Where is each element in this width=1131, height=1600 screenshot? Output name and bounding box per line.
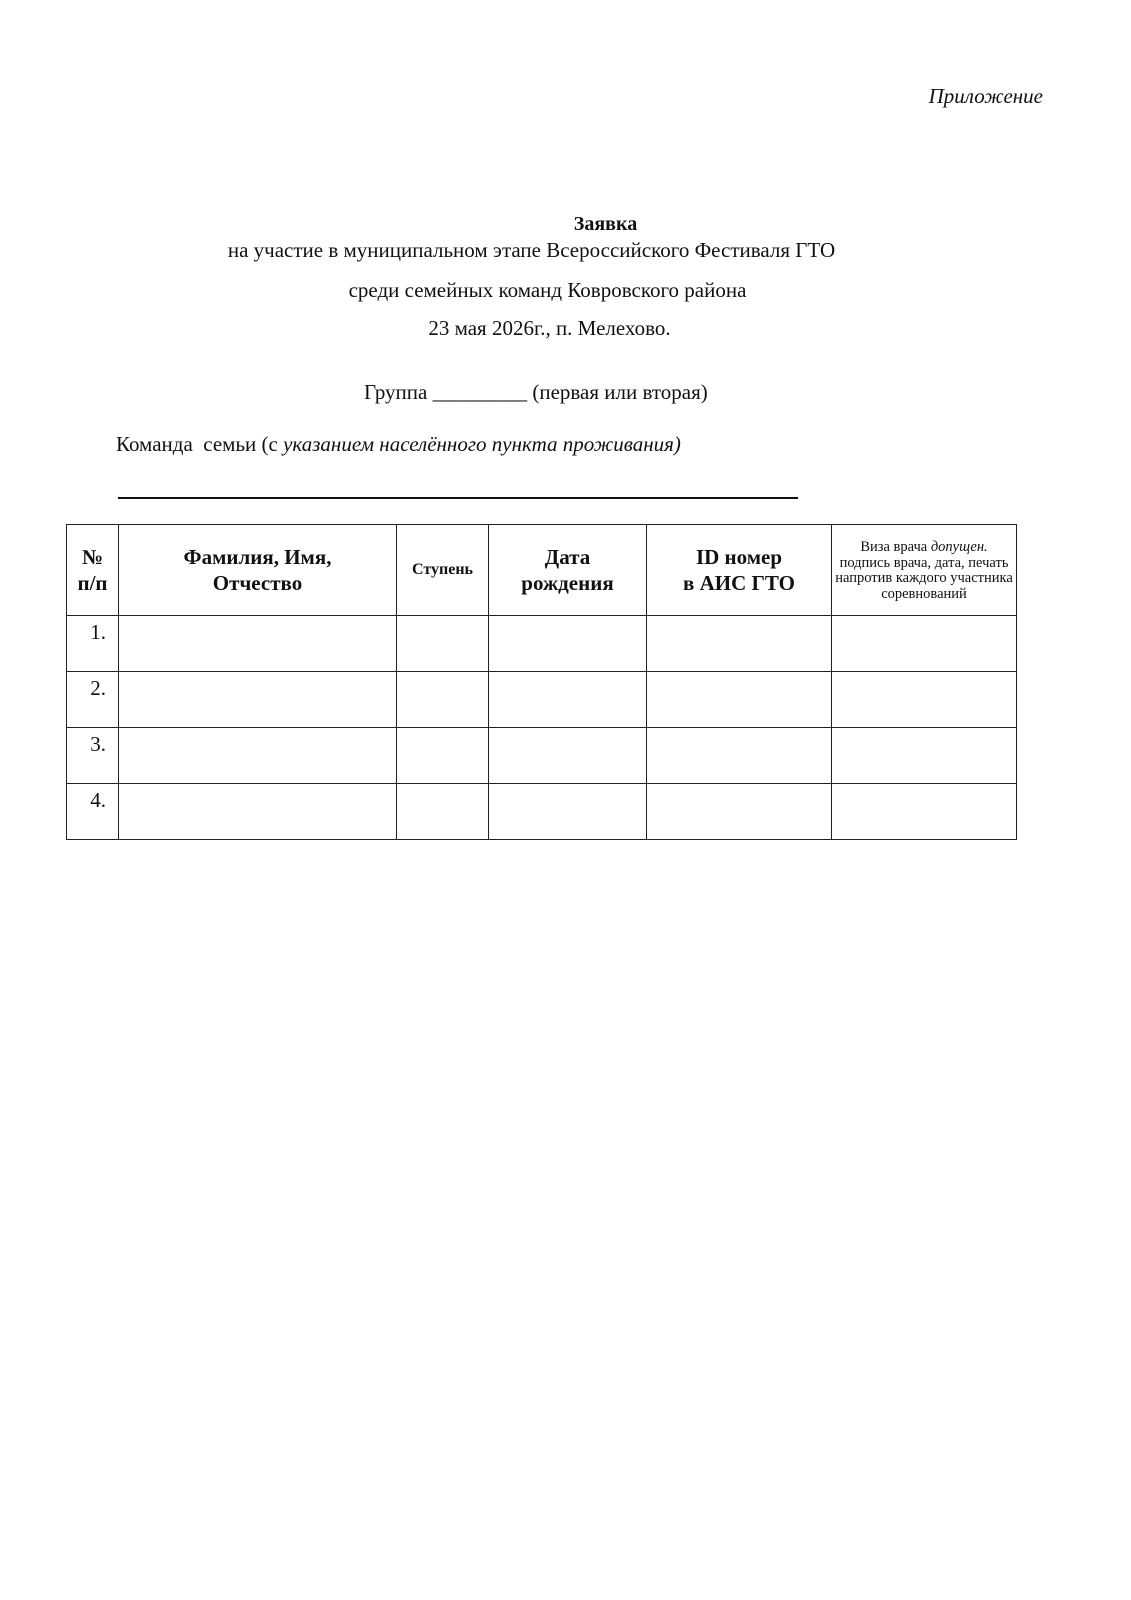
stage-cell[interactable] xyxy=(397,784,489,840)
row-number: 4. xyxy=(67,784,119,840)
subtitle-line-1: на участие в муниципальном этапе Всеросс… xyxy=(0,238,1097,263)
birth-date-cell[interactable] xyxy=(489,672,647,728)
doctor-visa-cell[interactable] xyxy=(832,784,1017,840)
full-name-cell[interactable] xyxy=(119,672,397,728)
group-label: Группа xyxy=(364,380,427,404)
doctor-visa-cell[interactable] xyxy=(832,616,1017,672)
stage-cell[interactable] xyxy=(397,672,489,728)
stage-cell[interactable] xyxy=(397,728,489,784)
group-line: Группа _________ (первая или вторая) xyxy=(364,380,708,405)
row-number: 3. xyxy=(67,728,119,784)
doctor-visa-cell[interactable] xyxy=(832,672,1017,728)
header-doctor-visa: Виза врача допущен.подпись врача, дата, … xyxy=(832,525,1017,616)
team-name-field[interactable] xyxy=(118,497,798,499)
full-name-cell[interactable] xyxy=(119,784,397,840)
birth-date-cell[interactable] xyxy=(489,616,647,672)
header-gto-id: ID номерв АИС ГТО xyxy=(647,525,832,616)
header-stage: Ступень xyxy=(397,525,489,616)
doctor-visa-cell[interactable] xyxy=(832,728,1017,784)
team-line: Команда семьи (с указанием населённого п… xyxy=(116,432,681,457)
team-label: Команда семьи (с xyxy=(116,432,283,456)
table-header-row: №п/п Фамилия, Имя,Отчество Ступень Датар… xyxy=(67,525,1017,616)
gto-id-cell[interactable] xyxy=(647,672,832,728)
birth-date-cell[interactable] xyxy=(489,728,647,784)
team-hint: указанием населённого пункта проживания) xyxy=(283,432,681,456)
document-title: Заявка xyxy=(40,213,1131,236)
subtitle-line-2: среди семейных команд Ковровского района xyxy=(0,278,1113,303)
gto-id-cell[interactable] xyxy=(647,784,832,840)
table-row: 3. xyxy=(67,728,1017,784)
row-number: 2. xyxy=(67,672,119,728)
subtitle-line-3: 23 мая 2026г., п. Мелехово. xyxy=(0,316,1115,341)
header-birth-date: Датарождения xyxy=(489,525,647,616)
group-hint: (первая или вторая) xyxy=(532,380,707,404)
table-row: 4. xyxy=(67,784,1017,840)
table-row: 2. xyxy=(67,672,1017,728)
group-blank-field[interactable]: _________ xyxy=(433,380,528,404)
participants-table: №п/п Фамилия, Имя,Отчество Ступень Датар… xyxy=(66,524,1017,840)
birth-date-cell[interactable] xyxy=(489,784,647,840)
row-number: 1. xyxy=(67,616,119,672)
gto-id-cell[interactable] xyxy=(647,728,832,784)
full-name-cell[interactable] xyxy=(119,616,397,672)
table-row: 1. xyxy=(67,616,1017,672)
gto-id-cell[interactable] xyxy=(647,616,832,672)
stage-cell[interactable] xyxy=(397,616,489,672)
appendix-label: Приложение xyxy=(880,84,1043,109)
full-name-cell[interactable] xyxy=(119,728,397,784)
header-num: №п/п xyxy=(67,525,119,616)
header-full-name: Фамилия, Имя,Отчество xyxy=(119,525,397,616)
